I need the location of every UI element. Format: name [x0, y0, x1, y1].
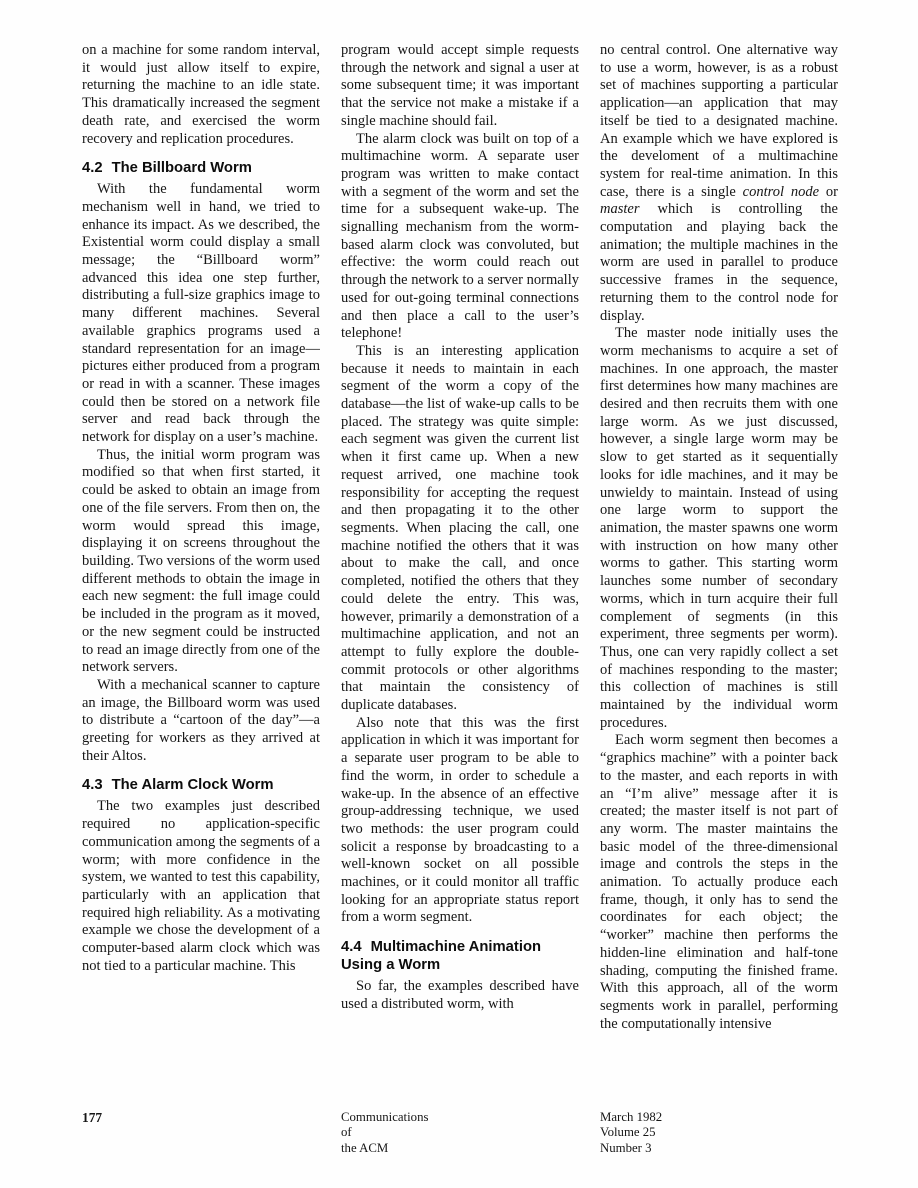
- section-title: The Billboard Worm: [112, 160, 252, 176]
- issue-info-line: March 1982: [600, 1110, 662, 1125]
- section-number: 4.3: [82, 777, 103, 793]
- text-column-2: program would accept simple requests thr…: [341, 42, 579, 1108]
- text-run: no central control. One alternative way …: [600, 42, 838, 200]
- paragraph: The alarm clock was built on top of a mu…: [341, 131, 579, 343]
- paragraph: The master node initially uses the worm …: [600, 325, 838, 732]
- paragraph: no central control. One alternative way …: [600, 42, 838, 325]
- paragraph: Each worm segment then becomes a “graphi…: [600, 732, 838, 1033]
- paragraph: Also note that this was the first applic…: [341, 715, 579, 927]
- section-title: The Alarm Clock Worm: [112, 777, 274, 793]
- journal-name: Communications of the ACM: [341, 1110, 428, 1156]
- italic-term-master: master: [600, 201, 639, 217]
- paragraph: on a machine for some random interval, i…: [82, 42, 320, 148]
- issue-info-line: Volume 25: [600, 1125, 662, 1140]
- journal-name-line: the ACM: [341, 1141, 428, 1156]
- italic-term-control-node: control node: [743, 184, 819, 200]
- paragraph: With a mechanical scanner to capture an …: [82, 677, 320, 766]
- text-column-3: no central control. One alternative way …: [600, 42, 838, 1108]
- text-column-1: on a machine for some random interval, i…: [82, 42, 320, 1108]
- page-number: 177: [82, 1110, 102, 1125]
- scanned-paper-page: on a machine for some random interval, i…: [0, 0, 918, 1188]
- section-heading-4-3: 4.3The Alarm Clock Worm: [82, 776, 320, 794]
- paragraph: program would accept simple requests thr…: [341, 42, 579, 131]
- paragraph: This is an interesting application becau…: [341, 343, 579, 715]
- section-heading-4-4: 4.4Multimachine Animation Using a Worm: [341, 938, 579, 974]
- journal-name-line: of: [341, 1125, 428, 1140]
- issue-info: March 1982 Volume 25 Number 3: [600, 1110, 662, 1156]
- section-number: 4.2: [82, 160, 103, 176]
- paragraph: The two examples just described required…: [82, 798, 320, 975]
- section-number: 4.4: [341, 939, 362, 955]
- issue-info-line: Number 3: [600, 1141, 662, 1156]
- text-run: which is controlling the computation and…: [600, 201, 838, 323]
- section-title: Multimachine Animation Using a Worm: [341, 939, 541, 973]
- journal-name-line: Communications: [341, 1110, 428, 1125]
- paragraph: So far, the examples described have used…: [341, 978, 579, 1013]
- section-heading-4-2: 4.2The Billboard Worm: [82, 159, 320, 177]
- text-run: or: [819, 184, 838, 200]
- paragraph: With the fundamental worm mechanism well…: [82, 181, 320, 447]
- paragraph: Thus, the initial worm program was modif…: [82, 447, 320, 677]
